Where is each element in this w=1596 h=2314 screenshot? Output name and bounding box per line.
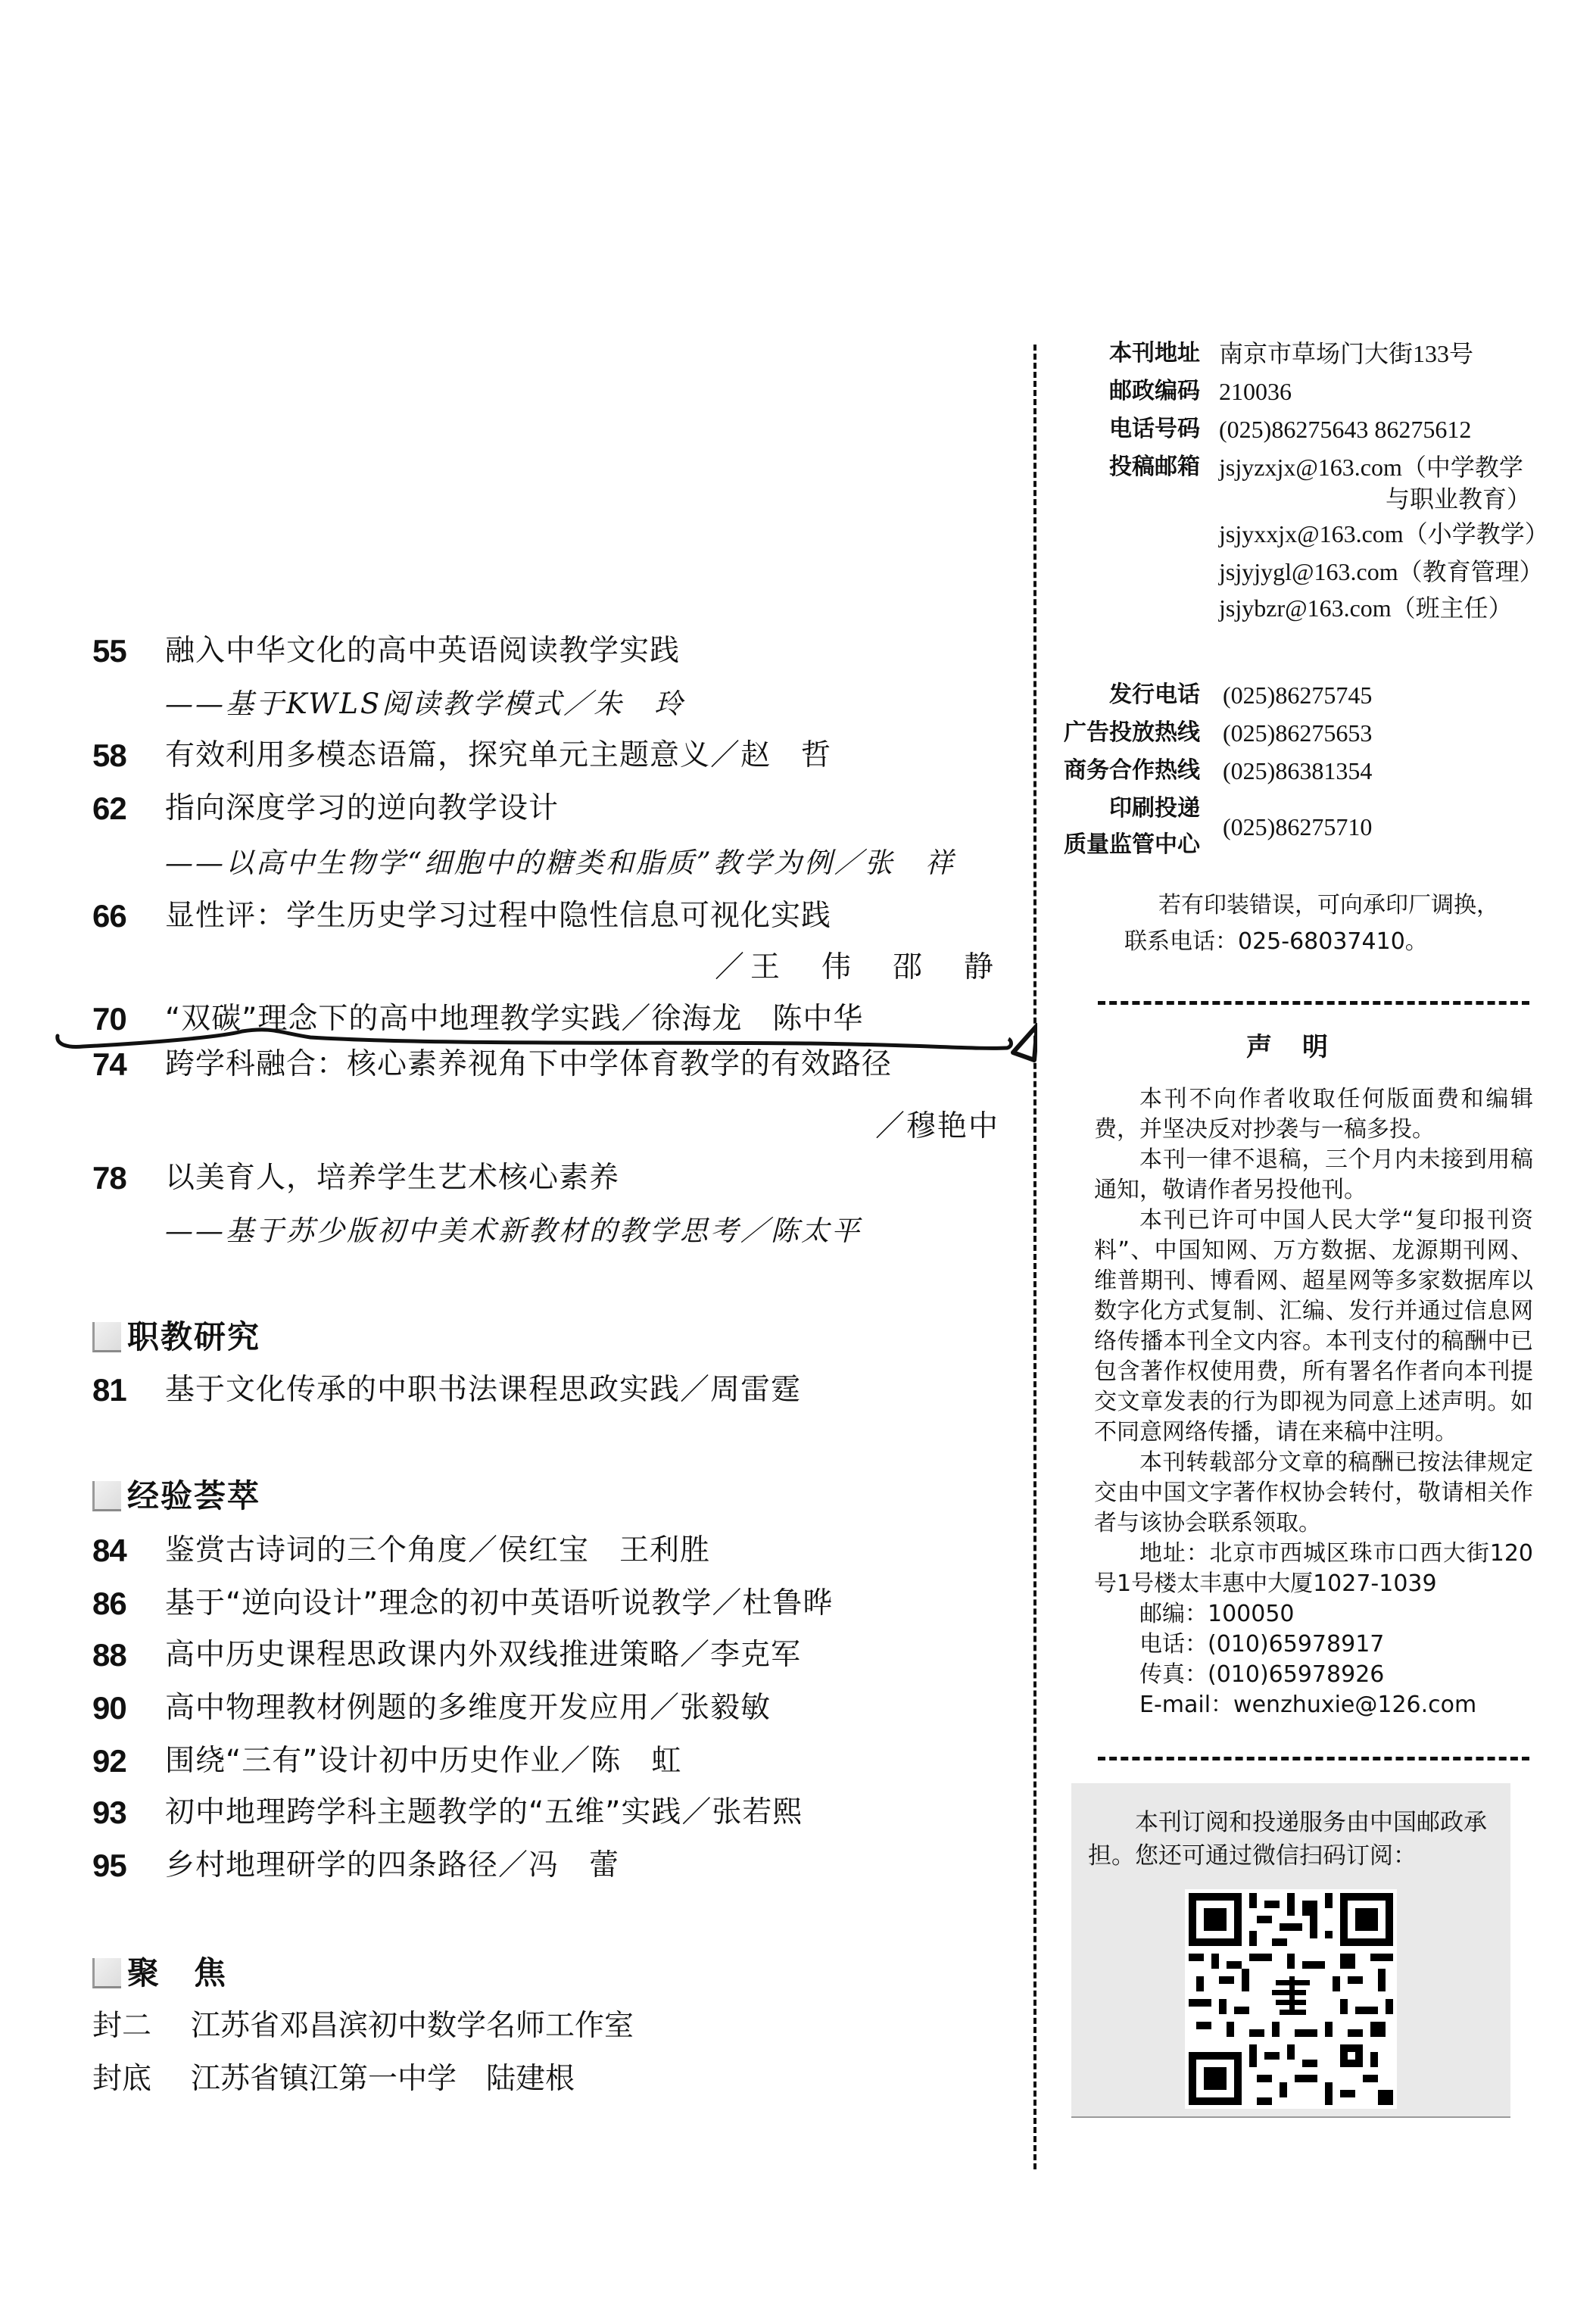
- section-label: 聚 焦: [127, 1952, 227, 1994]
- article-title: 跨学科融合：核心素养视角下中学体育教学的有效路径: [165, 1043, 892, 1086]
- page-number: 86: [92, 1583, 153, 1625]
- email-link[interactable]: jsjybzr@163.com（班主任）: [1219, 589, 1513, 627]
- email-link[interactable]: jsjyjygl@163.com（教育管理）: [1219, 553, 1544, 591]
- cover-position: 封二: [92, 2005, 191, 2047]
- article-title: 以美育人，培养学生艺术核心素养: [165, 1157, 619, 1199]
- feature-title: 江苏省镇江第一中学 陆建根: [191, 2062, 575, 2096]
- page-number: 55: [92, 630, 153, 672]
- article-subtitle: ——基于苏少版初中美术新教材的教学思考／陈太平: [165, 1210, 862, 1252]
- feature-title: 江苏省邓昌滨初中数学名师工作室: [191, 2009, 634, 2043]
- article-title: 基于文化传承的中职书法课程思政实践／周雷霆: [165, 1369, 801, 1411]
- table-of-contents: 55 融入中华文化的高中英语阅读教学实践 ——基于KWLS阅读教学模式／朱 玲 …: [0, 0, 1030, 2314]
- email-link[interactable]: jsjyxxjx@163.com（小学教学）: [1219, 515, 1549, 553]
- page-number: 81: [92, 1369, 153, 1411]
- horizontal-divider: [1098, 1001, 1529, 1005]
- subscription-text: 本刊订阅和投递服务由中国邮政承担。您还可通过微信扫码订阅：: [1088, 1806, 1497, 1873]
- cover-position: 封底: [92, 2058, 191, 2100]
- column-divider: [1033, 345, 1036, 2169]
- page-number: 92: [92, 1740, 153, 1782]
- section-label: 经验荟萃: [127, 1475, 260, 1517]
- email-link[interactable]: E-mail：wenzhuxie@126.com: [1094, 1690, 1533, 1720]
- colophon: 本刊地址 南京市草场门大街133号 邮政编码 210036 电话号码 (025)…: [1060, 0, 1575, 2314]
- qr-code-icon[interactable]: [1185, 1889, 1397, 2109]
- section-marker-icon: [92, 1481, 121, 1511]
- page-number: 88: [92, 1634, 153, 1676]
- article-title: 有效利用多模态语篇，探究单元主题意义／赵 哲: [165, 734, 831, 777]
- article-title: 鉴赏古诗词的三个角度／侯红宝 王利胜: [165, 1530, 710, 1572]
- article-title: 指向深度学习的逆向教学设计: [165, 787, 559, 830]
- article-author: ／穆艳中: [875, 1106, 999, 1148]
- print-quality-center: 印刷投递 质量监管中心 (025)86275710: [1060, 790, 1575, 865]
- page-number: 66: [92, 895, 153, 937]
- article-title: 乡村地理研学的四条路径／冯 蕾: [165, 1845, 619, 1887]
- page-number: 90: [92, 1687, 153, 1729]
- section-header-focus: 聚 焦: [92, 1952, 227, 1994]
- horizontal-divider: [1098, 1757, 1529, 1760]
- print-error-note: 若有印装错误，可向承印厂调换， 联系电话：025-68037410。: [1113, 887, 1537, 960]
- article-title: 高中物理教材例题的多维度开发应用／张毅敏: [165, 1687, 771, 1729]
- section-label: 职教研究: [127, 1316, 260, 1358]
- page-number: 62: [92, 787, 153, 830]
- article-subtitle: ——基于KWLS阅读教学模式／朱 玲: [165, 683, 684, 725]
- page-number: 78: [92, 1157, 153, 1199]
- qr-code-icon: [1189, 1893, 1393, 2105]
- page-number: 74: [92, 1043, 153, 1086]
- statement-title: 声明: [1060, 1026, 1545, 1063]
- article-subtitle: ——以高中生物学“细胞中的糖类和脂质”教学为例／张 祥: [165, 842, 955, 884]
- section-header-experience-digest: 经验荟萃: [92, 1475, 260, 1517]
- subscription-box: 本刊订阅和投递服务由中国邮政承担。您还可通过微信扫码订阅：: [1071, 1783, 1510, 2118]
- article-title: 融入中华文化的高中英语阅读教学实践: [165, 630, 680, 672]
- article-title: 基于“逆向设计”理念的初中英语听说教学／杜鲁晔: [165, 1583, 833, 1625]
- section-header-vocational-research: 职教研究: [92, 1316, 260, 1358]
- statement-body: 本刊不向作者收取任何版面费和编辑费，并坚决反对抄袭与一稿多投。 本刊一律不退稿，…: [1094, 1084, 1533, 1720]
- article-title: 显性评：学生历史学习过程中隐性信息可视化实践: [165, 895, 831, 937]
- section-marker-icon: [92, 1322, 121, 1352]
- toc-entry-back-cover[interactable]: 封底江苏省镇江第一中学 陆建根: [92, 2058, 575, 2100]
- article-title: 高中历史课程思政课内外双线推进策略／李克军: [165, 1634, 801, 1676]
- article-title: 初中地理跨学科主题教学的“五维”实践／张若熙: [165, 1792, 803, 1834]
- article-title: 围绕“三有”设计初中历史作业／陈 虹: [165, 1740, 681, 1782]
- page-number: 95: [92, 1845, 153, 1887]
- section-marker-icon: [92, 1958, 121, 1988]
- page-number: 58: [92, 734, 153, 777]
- toc-entry-inside-front-cover[interactable]: 封二江苏省邓昌滨初中数学名师工作室: [92, 2005, 634, 2047]
- article-author: ／王 伟 邵 静: [715, 946, 999, 989]
- page-number: 84: [92, 1530, 153, 1572]
- page-number: 93: [92, 1792, 153, 1834]
